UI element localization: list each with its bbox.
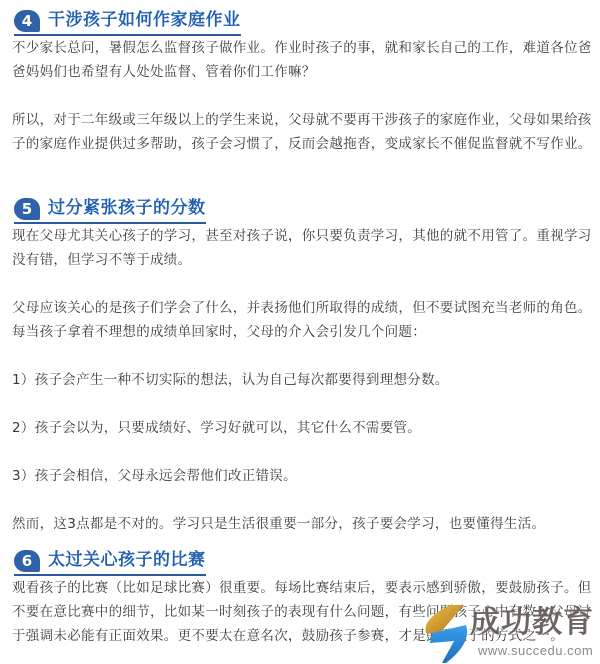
section-heading-6: 6 太过关心孩子的比赛: [14, 548, 206, 576]
list-item: 2）孩子会以为，只要成绩好、学习好就可以，其它什么不需要管。: [12, 416, 592, 440]
section-number-badge: 6: [14, 550, 40, 572]
paragraph: 然而，这3点都是不对的。学习只是生活很重要一部分，孩子要会学习，也要懂得生活。: [12, 512, 592, 536]
brand-logo-icon: [420, 603, 476, 664]
list-item: 1）孩子会产生一种不切实际的想法，认为自己每次都要得到理想分数。: [12, 368, 592, 392]
section-title: 过分紧张孩子的分数: [48, 196, 206, 220]
paragraph: 所以，对于二年级或三年级以上的学生来说，父母就不要再干涉孩子的家庭作业，父母如果…: [12, 108, 592, 156]
brand-name: 成功教育: [470, 603, 594, 643]
watermark: 成功教育 www.succedu.com: [420, 603, 600, 664]
paragraph: 现在父母尤其关心孩子的学习，甚至对孩子说，你只要负责学习，其他的就不用管了。重视…: [12, 224, 592, 272]
section-number-badge: 4: [14, 10, 40, 32]
section-title: 太过关心孩子的比赛: [48, 548, 206, 572]
section-title: 干涉孩子如何作家庭作业: [48, 8, 241, 32]
paragraph: 不少家长总问，暑假怎么监督孩子做作业。作业时孩子的事，就和家长自己的工作，难道各…: [12, 36, 592, 84]
list-item: 3）孩子会相信，父母永远会帮他们改正错误。: [12, 464, 592, 488]
section-heading-4: 4 干涉孩子如何作家庭作业: [14, 8, 241, 36]
section-number-badge: 5: [14, 198, 40, 220]
article: 4 干涉孩子如何作家庭作业 不少家长总问，暑假怎么监督孩子做作业。作业时孩子的事…: [0, 0, 592, 648]
section-heading-5: 5 过分紧张孩子的分数: [14, 196, 206, 224]
brand-url: www.succedu.com: [478, 643, 593, 658]
paragraph: 父母应该关心的是孩子们学会了什么，并表扬他们所取得的成绩，但不要试图充当老师的角…: [12, 296, 592, 344]
